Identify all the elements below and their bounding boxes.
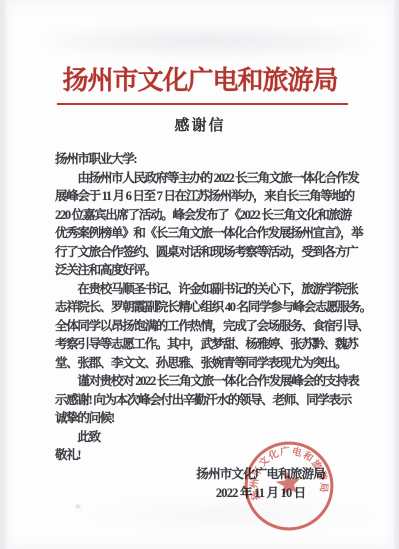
letter-body: 扬州市职业大学: 由扬州市人民政府等主办的 2022 长三角文旅一体化合作发 展… xyxy=(55,150,357,465)
letter-page: 扬州市文化广电和旅游局 感谢信 扬州市职业大学: 由扬州市人民政府等主办的 20… xyxy=(6,0,394,549)
scan-artifact-top xyxy=(46,26,366,56)
letter-line: 谨对贵校对 2022 长三角文旅一体化合作发展峰会的支持表 xyxy=(55,372,357,391)
letter-line: 泛关注和高度好评。 xyxy=(55,261,357,280)
letter-line: 由扬州市人民政府等主办的 2022 长三角文旅一体化合作发 xyxy=(55,169,357,188)
letter-line: 示感谢! 向为本次峰会付出辛勤汗水的领导、老师、同学表示 xyxy=(55,391,357,410)
letterhead-divider xyxy=(57,103,348,105)
letterhead-org-name: 扬州市文化广电和旅游局 xyxy=(6,60,394,97)
letter-line: 220 位嘉宾出席了活动。峰会发布了《2022 长三角文化和旅游 xyxy=(55,206,357,225)
letter-line: 行了文旅合作签约、圆桌对话和现场考察等活动，受到各方广 xyxy=(55,243,357,262)
seal-star-icon xyxy=(274,469,302,496)
letter-line: 堂、张郡、李文文、孙思雅、张婉青等同学表现尤为突出。 xyxy=(55,354,357,373)
letter-line: 考察引导等志愿工作。其中，武梦甜、杨雅婷、张苏黔、魏苏 xyxy=(55,335,357,354)
scan-speck xyxy=(76,505,80,508)
letter-line-addressee: 扬州市职业大学: xyxy=(55,150,357,169)
scan-background: { "letterhead": { "org_name": "扬州市文化广电和旅… xyxy=(0,0,399,549)
letter-line: 展峰会于 11 月 6 日至 7 日在江苏扬州举办，来自长三角等地的 xyxy=(55,187,357,206)
letter-line: 志祥院长、罗朝霞副院长精心组织 40 名同学参与峰会志愿服务。 xyxy=(55,298,357,317)
letter-line: 优秀案例榜单》和《长三角文旅一体化合作发展扬州宣言》，举 xyxy=(55,224,357,243)
letter-title: 感谢信 xyxy=(6,114,394,135)
letter-line: 诚挚的问候! xyxy=(55,409,357,428)
letter-line: 在贵校马顺圣书记、许金如副书记的关心下，旅游学院张 xyxy=(55,280,357,299)
official-seal: 扬州市文化广电和旅游局 xyxy=(236,433,342,539)
letter-line: 全体同学以昂扬饱满的工作热情，完成了会场服务、食宿引导、 xyxy=(55,317,357,336)
